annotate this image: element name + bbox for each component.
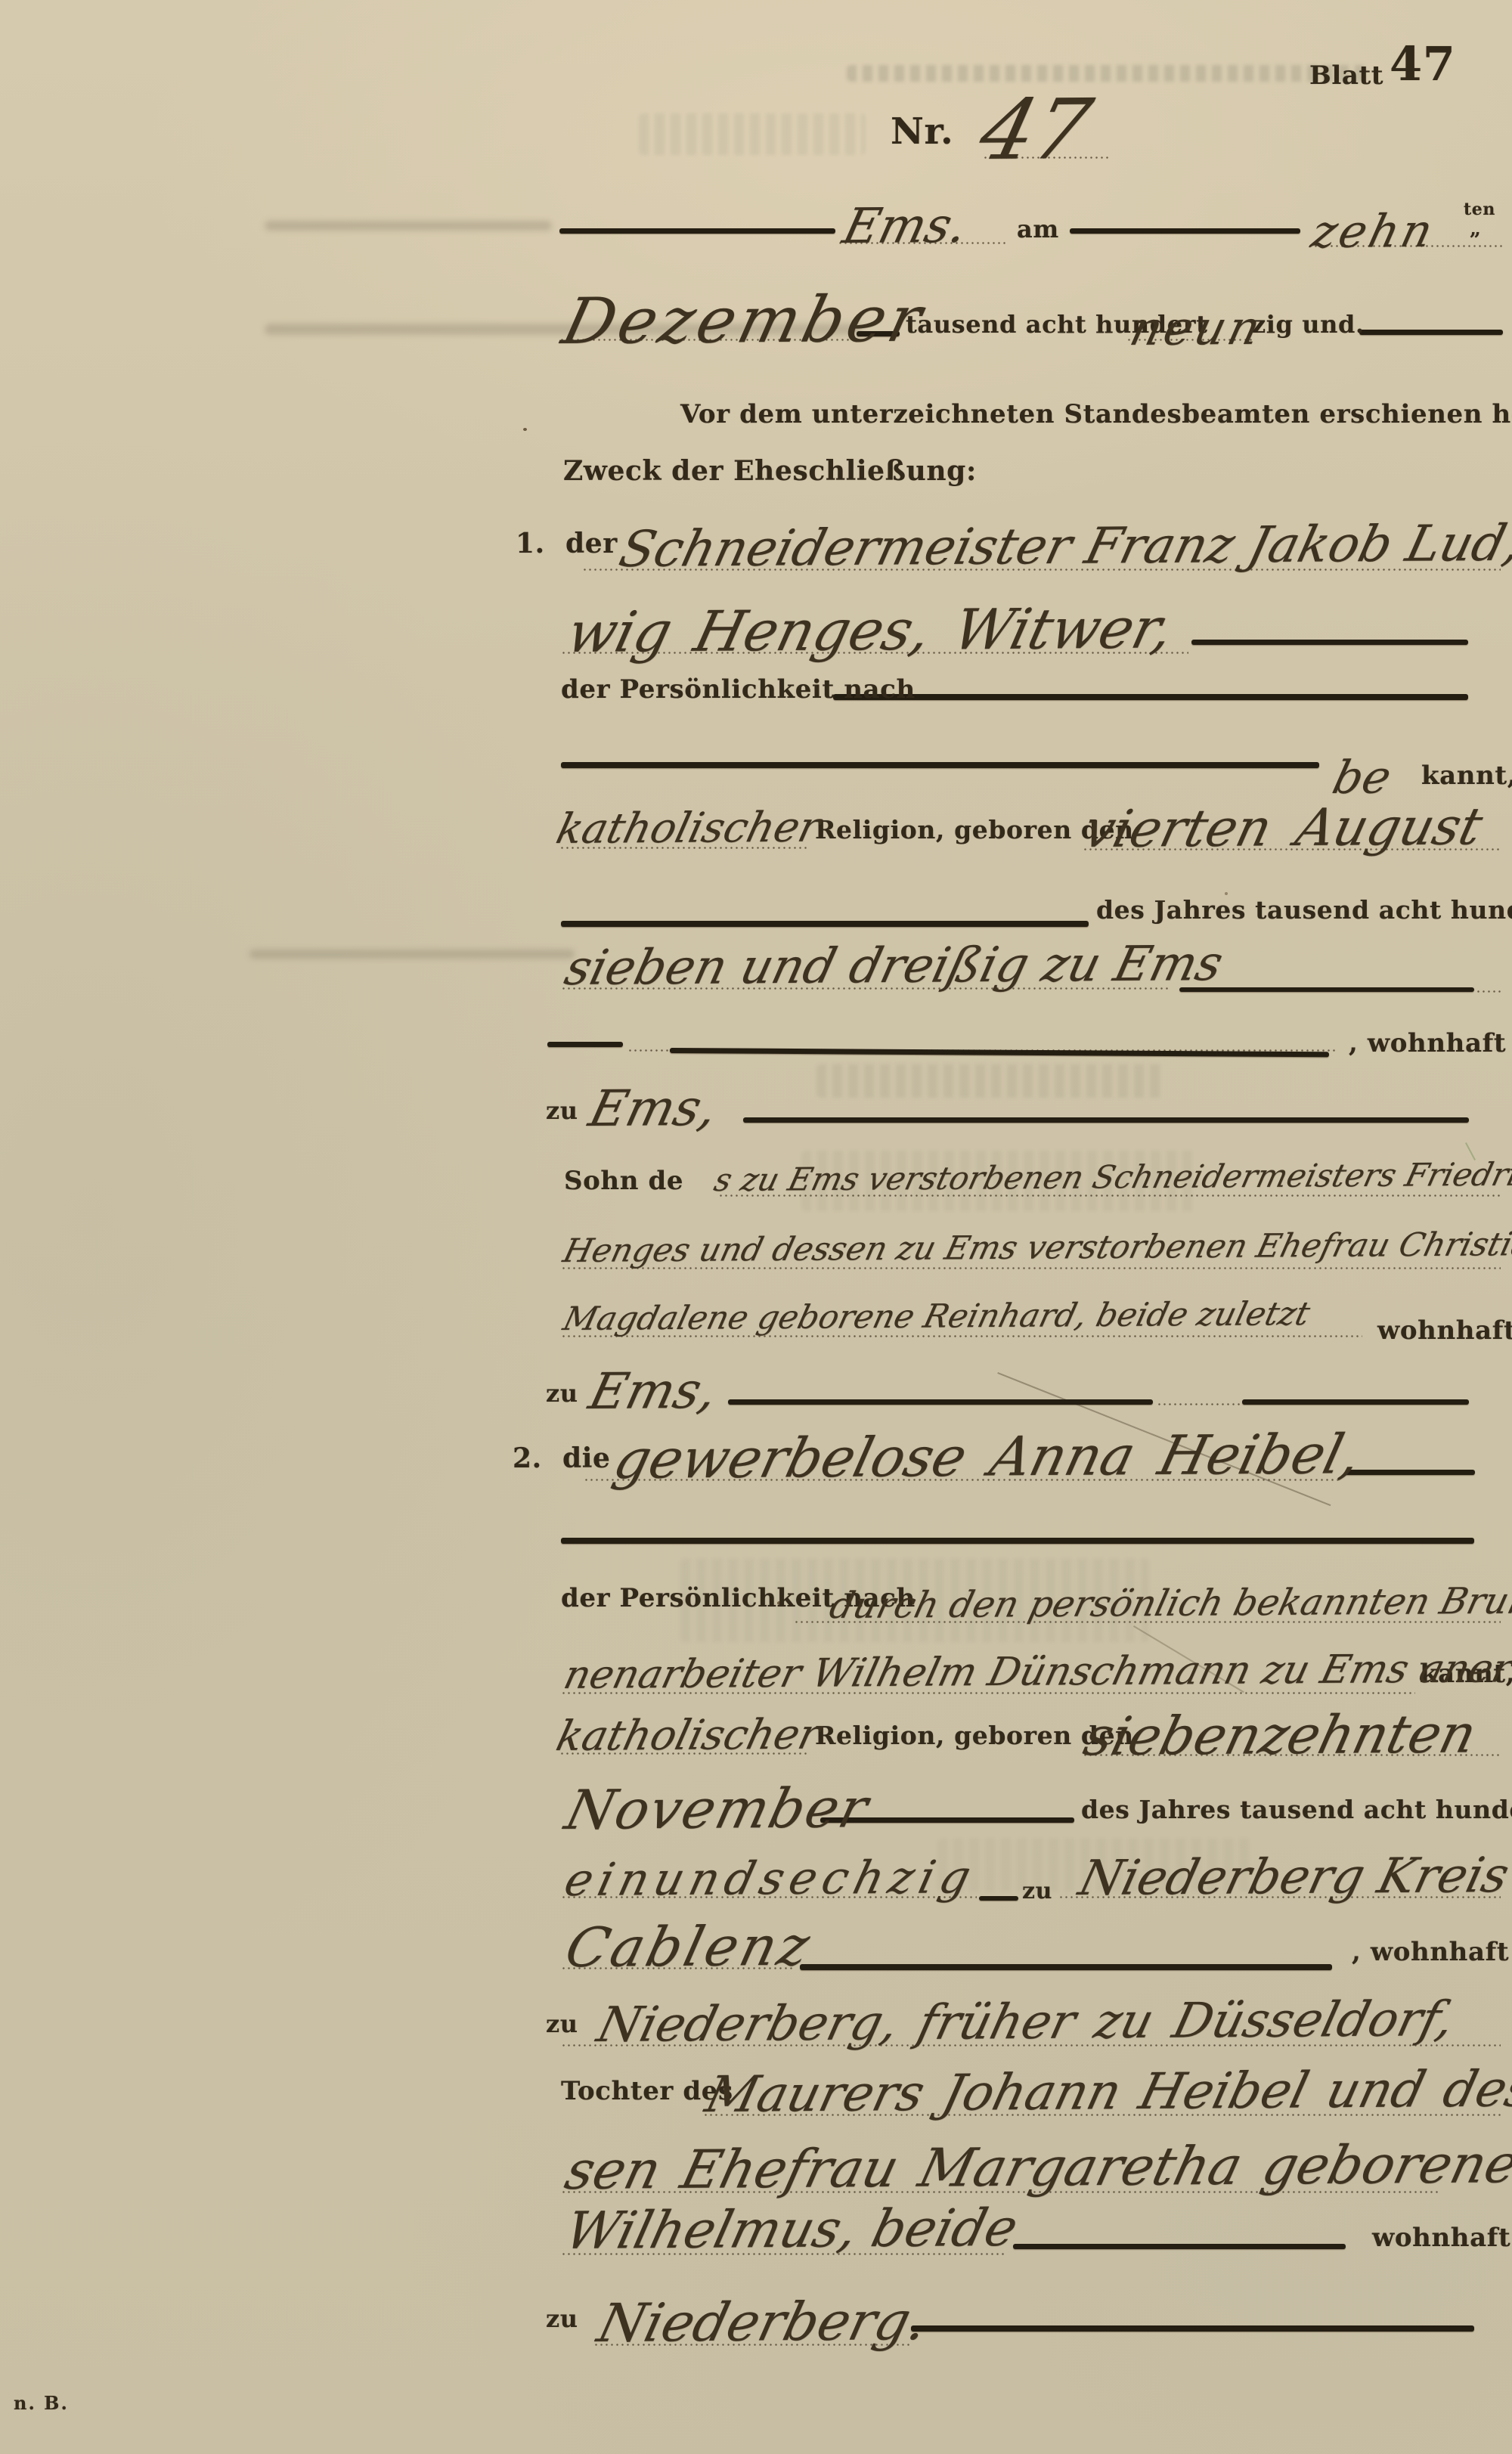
- groom-known-printed: kannt,: [1421, 761, 1512, 791]
- scan-smear: [249, 950, 575, 959]
- bride-birth-year-hand: einundsechzig: [559, 1851, 982, 1907]
- groom-parents-line1: s zu Ems verstorbenen Schneidermeisters …: [711, 1155, 1512, 1198]
- groom-residence-hand: Ems,: [584, 1079, 723, 1138]
- fill-line: [559, 228, 835, 234]
- day-hand: zehn: [1306, 205, 1441, 259]
- groom-residence-prefix: zu: [546, 1096, 578, 1125]
- groom-name-line1: Schneidermeister Franz Jakob Lud,„: [614, 513, 1512, 578]
- am-label: am: [1017, 215, 1059, 243]
- groom-parents-label: Sohn de: [564, 1166, 683, 1196]
- bride-identity-hand2: nenarbeiter Wilhelm Dünschmann zu Ems an…: [559, 1646, 1512, 1698]
- fill-line: [1013, 2244, 1346, 2249]
- fill-line: [1359, 330, 1503, 335]
- bride-religion-hand: katholischer: [552, 1710, 825, 1760]
- bride-name-line1: gewerbelose Anna Heibel,: [608, 1422, 1368, 1491]
- fill-line: [1191, 640, 1468, 645]
- bride-parents-resident-label: wohnhaft: [1372, 2223, 1510, 2253]
- bride-parents-line3: Wilhelmus, beide: [559, 2198, 1024, 2261]
- place-hand: Ems.: [838, 198, 973, 255]
- bride-birth-place-hand: Niederberg Kreis: [1074, 1848, 1512, 1907]
- bride-residence-hand: Niederberg, früher zu Düsseldorf,: [592, 1991, 1460, 2053]
- bride-parents-residence-hand: Niederberg.: [592, 2290, 934, 2354]
- groom-parents-residence-prefix: zu: [546, 1379, 578, 1408]
- groom-parents-resident-label: wohnhaft: [1377, 1315, 1512, 1346]
- bride-article: die: [562, 1442, 611, 1474]
- fill-line: [800, 1964, 1332, 1970]
- bride-index: 2.: [513, 1442, 542, 1474]
- record-no-label: Nr.: [891, 110, 953, 153]
- bleed-through-smear: [847, 65, 1368, 82]
- groom-resident-label: , wohnhaft: [1349, 1028, 1506, 1058]
- dotted-guide: [1476, 990, 1503, 993]
- fill-line: [833, 694, 1468, 700]
- groom-index: 1.: [516, 528, 545, 559]
- groom-parents-line3: Magdalene geborene Reinhard, beide zulet…: [559, 1295, 1314, 1338]
- groom-known-hand: be: [1328, 751, 1396, 804]
- fill-line: [1070, 228, 1300, 234]
- bride-birth-place-prefix: zu: [1022, 1878, 1052, 1904]
- day-suffix-mark: „: [1470, 218, 1482, 240]
- bride-identity-hand1: durch den persönlich bekannten Brun,„: [826, 1579, 1512, 1627]
- scanned-registry-page: Blatt 47 Nr. 47 Ems. am zehn ten „ Dezem…: [0, 0, 1512, 2454]
- bride-birth-date-hand: siebenzehnten: [1078, 1703, 1483, 1768]
- groom-birth-year-place-hand: sieben und dreißig zu Ems: [559, 936, 1228, 996]
- bride-birth-month-hand: November: [559, 1776, 875, 1842]
- groom-identity-label: der Persönlichkeit nach: [561, 674, 916, 705]
- day-suffix: ten: [1464, 200, 1495, 219]
- bride-birth-place2-hand: Cablenz: [559, 1914, 819, 1979]
- fill-line: [561, 1538, 1474, 1544]
- fill-line: [1179, 987, 1474, 992]
- bride-year-label: des Jahres tausend acht hundert: [1081, 1795, 1512, 1824]
- bride-parents-line2: sen Ehefrau Margaretha geborene: [559, 2133, 1512, 2201]
- year-suffix: zig und.: [1252, 310, 1365, 339]
- ink-speck: [523, 428, 527, 431]
- groom-parents-line2: Henges und dessen zu Ems verstorbenen Eh…: [559, 1225, 1512, 1270]
- bride-resident-label: , wohnhaft: [1352, 1937, 1509, 1967]
- bleed-through-smear: [816, 1064, 1164, 1098]
- fill-line: [561, 762, 1319, 768]
- fill-line: [911, 2325, 1474, 2332]
- groom-parents-residence-hand: Ems,: [584, 1362, 723, 1421]
- fill-line: [1242, 1399, 1469, 1405]
- record-no-value: 47: [971, 81, 1100, 178]
- bride-residence-prefix: zu: [546, 2009, 578, 2038]
- fill-line: [743, 1117, 1469, 1123]
- fill-line: [547, 1042, 623, 1047]
- fill-line: [728, 1399, 1153, 1405]
- groom-article: der: [565, 528, 618, 559]
- month-hand: Dezember: [556, 282, 933, 358]
- fill-line: [1345, 1470, 1475, 1475]
- intro-line1: Vor dem unterzeichneten Standesbeamten e…: [680, 399, 1512, 429]
- groom-birth-date-hand: vierten August: [1078, 797, 1488, 860]
- bride-parents-line1: Maurers Johann Heibel und des,: [700, 2059, 1512, 2124]
- fill-line: [561, 921, 1089, 927]
- year-hand: neun: [1125, 300, 1269, 356]
- bleed-through-smear: [639, 113, 866, 155]
- bride-parents-residence-prefix: zu: [546, 2304, 578, 2333]
- scan-smear: [265, 221, 552, 231]
- groom-name-line2: wig Henges, Witwer,: [561, 596, 1179, 665]
- sheet-label: Blatt: [1309, 60, 1383, 91]
- groom-year-label: des Jahres tausend acht hundert: [1096, 895, 1512, 925]
- fill-line: [979, 1896, 1018, 1901]
- groom-religion-hand: katholischer: [552, 803, 825, 853]
- intro-line2: Zweck der Eheschließung:: [563, 455, 977, 487]
- corner-note: n. B.: [14, 2392, 69, 2414]
- dotted-guide: [1157, 1403, 1240, 1405]
- sheet-number: 47: [1390, 36, 1455, 91]
